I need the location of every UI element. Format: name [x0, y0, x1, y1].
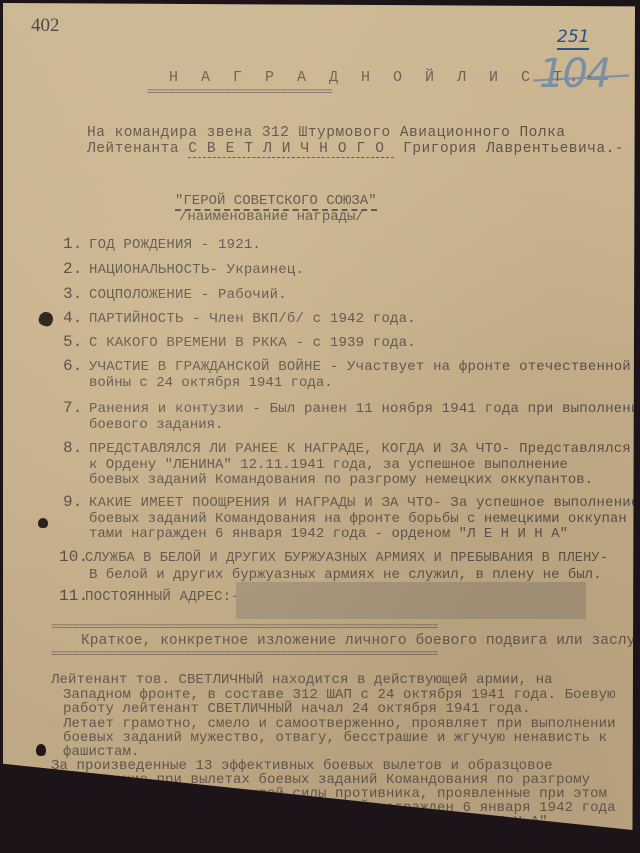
redacted-address-block [236, 582, 586, 619]
narrative-line: Лейтенант тов. СВЕТЛИЧНЫЙ находится в де… [51, 672, 553, 688]
punch-hole-stain [37, 310, 55, 328]
item-awards-cont-1: боевых заданий Командования на фронте бо… [89, 511, 627, 527]
header-line-2: Лейтенанта СВЕТЛИЧНОГО Григория Лавренть… [87, 141, 624, 157]
item-wounds: 7.Ранения и контузии - Был ранен 11 нояб… [63, 399, 640, 417]
punch-hole-stain [38, 518, 48, 528]
item-civil-war: 6.УЧАСТИЕ В ГРАЖДАНСКОЙ ВОЙНЕ - Участвуе… [63, 357, 631, 375]
item-awards-cont-2: тами награжден 6 января 1942 года - орде… [89, 526, 568, 542]
item-wounds-cont: боевого задания. [89, 417, 223, 433]
item-white-army-service: 10.СЛУЖБА В БЕЛОЙ И ДРУГИХ БУРЖУАЗНЫХ АР… [59, 548, 608, 566]
narrative-line: Получив награду тов. СВЕТЛИЧНЫЙ произвел… [51, 828, 553, 844]
item-previous-nominations: 8.ПРЕДСТАВЛЯЛСЯ ЛИ РАНЕЕ К НАГРАДЕ, КОГД… [63, 439, 631, 457]
narrative-line: работу лейтенант СВЕТЛИЧНЫЙ начал 24 окт… [63, 701, 531, 717]
name-patronymic: Григория Лаврентьевича.- [394, 141, 624, 157]
title-underline: ================================= [147, 87, 417, 99]
item-nationality: 2.НАЦИОНАЛЬНОСТЬ- Украинец. [63, 260, 304, 278]
pencil-page-number: 251 [557, 27, 589, 50]
item-previous-nominations-cont-2: боевых заданий Командования по разгрому … [89, 472, 593, 488]
narrative-line: высшей правительственной наградой - орде… [63, 814, 556, 830]
item-social-status: 3.СОЦПОЛОЖЕНИЕ - Рабочий. [63, 285, 287, 303]
section-heading: Краткое, конкретное изложение личного бо… [81, 633, 640, 649]
archive-page-number: 402 [31, 15, 60, 37]
award-caption: /наименование награды/ [179, 209, 364, 225]
document-title: Н А Г Р А Д Н О Й Л И С Т.- [169, 69, 601, 86]
item-civil-war-cont: войны с 24 октября 1941 года. [89, 375, 333, 391]
header-line-1: На командира звена 312 Штурмового Авиаци… [87, 125, 565, 141]
narrative-line: боевых заданий мужество, отвагу, бесстра… [63, 730, 607, 746]
narrative-line: выполняя еще лучше, еще эффективнее пост… [63, 842, 633, 853]
item-party: 4.ПАРТИЙНОСТЬ - Член ВКП/б/ с 1942 года. [63, 309, 416, 327]
item-white-army-service-cont: В белой и других буржуазных армиях не сл… [89, 567, 601, 583]
item-rkka-since: 5.С КАКОГО ВРЕМЕНИ В РККА - с 1939 года. [63, 333, 416, 351]
rank-label: Лейтенанта [87, 141, 188, 157]
punch-hole-stain [36, 744, 46, 756]
surname: СВЕТЛИЧНОГО [188, 141, 394, 158]
item-previous-nominations-cont-1: к Ордену "ЛЕНИНА" 12.11.1941 года, за ус… [89, 457, 568, 473]
item-permanent-address: 11.ПОСТОЯННЫЙ АДРЕС:- [59, 587, 240, 605]
section-rule-bottom: ========================================… [51, 649, 611, 661]
item-awards: 9.КАКИЕ ИМЕЕТ ПООЩРЕНИЯ И НАГРАДЫ И ЗА Ч… [63, 493, 640, 511]
item-birth-year: 1.ГОД РОЖДЕНИЯ - 1921. [63, 235, 261, 253]
award-sheet-page: 402 251 104 Н А Г Р А Д Н О Й Л И С Т.- … [3, 3, 635, 853]
